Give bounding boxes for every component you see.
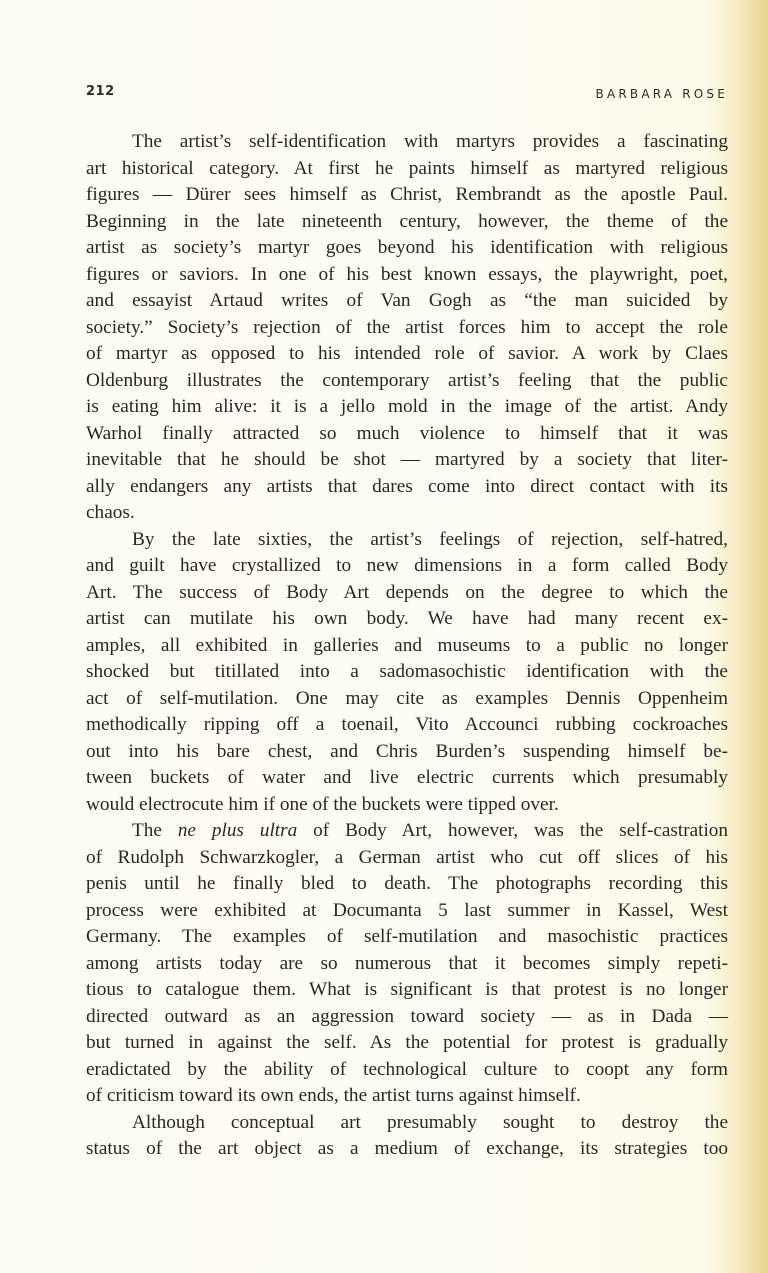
- text-line: tious to catalogue them. What is signifi…: [86, 977, 728, 1004]
- text-line: of Rudolph Schwarzkogler, a German artis…: [86, 845, 728, 872]
- text-line: methodically ripping off a toenail, Vito…: [86, 712, 728, 739]
- text-line: society.” Society’s rejection of the art…: [86, 315, 728, 342]
- text-line: directed outward as an aggression toward…: [86, 1004, 728, 1031]
- text-line: shocked but titillated into a sadomasoch…: [86, 659, 728, 686]
- text-line: artist as society’s martyr goes beyond h…: [86, 235, 728, 262]
- text-line: ally endangers any artists that dares co…: [86, 474, 728, 501]
- paragraph-2: By the late sixties, the artist’s feelin…: [86, 527, 728, 819]
- text-line: art historical category. At first he pai…: [86, 156, 728, 183]
- text-line: Beginning in the late nineteenth century…: [86, 209, 728, 236]
- text-line: of martyr as opposed to his intended rol…: [86, 341, 728, 368]
- italic-phrase: ne plus ultra: [178, 820, 297, 841]
- paragraph-1: The artist’s self-identification with ma…: [86, 129, 728, 527]
- text-line: process were exhibited at Documanta 5 la…: [86, 898, 728, 925]
- text-line: act of self-mutilation. One may cite as …: [86, 686, 728, 713]
- text-line: and guilt have crystallized to new dimen…: [86, 553, 728, 580]
- text-line: and essayist Artaud writes of Van Gogh a…: [86, 288, 728, 315]
- text-line: The artist’s self-identification with ma…: [86, 129, 728, 156]
- text-line: of criticism toward its own ends, the ar…: [86, 1083, 728, 1110]
- text-line: artist can mutilate his own body. We hav…: [86, 606, 728, 633]
- text-line: penis until he finally bled to death. Th…: [86, 871, 728, 898]
- text-line: Art. The success of Body Art depends on …: [86, 580, 728, 607]
- text-line: Although conceptual art presumably sough…: [86, 1110, 728, 1137]
- text-line: status of the art object as a medium of …: [86, 1136, 728, 1163]
- paragraph-3: The ne plus ultra of Body Art, however, …: [86, 818, 728, 1110]
- text-run: The: [132, 820, 178, 841]
- text-line: is eating him alive: it is a jello mold …: [86, 394, 728, 421]
- text-line: Oldenburg illustrates the contemporary a…: [86, 368, 728, 395]
- text-line: figures or saviors. In one of his best k…: [86, 262, 728, 289]
- text-line: Warhol finally attracted so much violenc…: [86, 421, 728, 448]
- running-head: 212 BARBARA ROSE: [86, 84, 728, 104]
- text-line: would electrocute him if one of the buck…: [86, 792, 728, 819]
- text-line: Germany. The examples of self-mutilation…: [86, 924, 728, 951]
- text-line: inevitable that he should be shot — mart…: [86, 447, 728, 474]
- text-line: eradictated by the ability of technologi…: [86, 1057, 728, 1084]
- text-line: tween buckets of water and live electric…: [86, 765, 728, 792]
- text-line: among artists today are so numerous that…: [86, 951, 728, 978]
- text-line: chaos.: [86, 500, 728, 527]
- paragraph-4: Although conceptual art presumably sough…: [86, 1110, 728, 1163]
- text-line: By the late sixties, the artist’s feelin…: [86, 527, 728, 554]
- text-line: amples, all exhibited in galleries and m…: [86, 633, 728, 660]
- page-number: 212: [86, 84, 115, 99]
- body-text: The artist’s self-identification with ma…: [86, 129, 728, 1163]
- text-line: out into his bare chest, and Chris Burde…: [86, 739, 728, 766]
- running-head-author: BARBARA ROSE: [596, 87, 728, 101]
- text-line: The ne plus ultra of Body Art, however, …: [86, 818, 728, 845]
- text-line: but turned in against the self. As the p…: [86, 1030, 728, 1057]
- text-line: figures — Dürer sees himself as Christ, …: [86, 182, 728, 209]
- text-run: of Body Art, however, was the self-castr…: [297, 820, 728, 841]
